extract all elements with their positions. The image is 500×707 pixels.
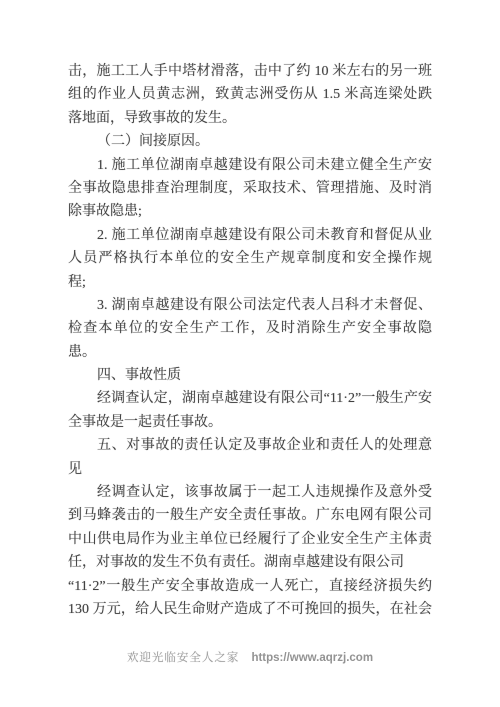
text-line: 全事故是一起责任事故。 — [68, 411, 432, 434]
document-page: 击，施工工人手中塔材滑落，击中了约 10 米左右的另一班组的作业人员黄志洲，致黄… — [0, 0, 500, 707]
text-line: 全事故隐患排查治理制度，采取技术、管理措施、及时消 — [68, 177, 432, 200]
document-body: 击，施工工人手中塔材滑落，击中了约 10 米左右的另一班组的作业人员黄志洲，致黄… — [68, 60, 432, 621]
footer-site-name: 欢迎光临安全人之家 — [127, 652, 240, 664]
text-line: 130 万元，给人民生命财产造成了不可挽回的损失，在社会 — [68, 598, 432, 621]
text-line: （二）间接原因。 — [68, 130, 432, 153]
text-line: 击，施工工人手中塔材滑落，击中了约 10 米左右的另一班 — [68, 60, 432, 83]
page-footer: 欢迎光临安全人之家https://www.aqrzj.com — [0, 650, 500, 666]
text-line: 到马蜂袭击的一般生产安全责任事故。广东电网有限公司 — [68, 504, 432, 527]
text-line: “11·2”一般生产安全事故造成一人死亡，直接经济损失约 — [68, 575, 432, 598]
text-line: 四、事故性质 — [68, 364, 432, 387]
text-line: 任，对事故的发生不负有责任。湖南卓越建设有限公司 — [68, 551, 432, 574]
text-line: 1. 施工单位湖南卓越建设有限公司未建立健全生产安 — [68, 154, 432, 177]
text-line: 3. 湖南卓越建设有限公司法定代表人吕科才未督促、 — [68, 294, 432, 317]
text-line: 见 — [68, 458, 432, 481]
text-line: 经调查认定，湖南卓越建设有限公司“11·2”一般生产安 — [68, 387, 432, 410]
text-line: 经调查认定，该事故属于一起工人违规操作及意外受 — [68, 481, 432, 504]
text-line: 检查本单位的安全生产工作，及时消除生产安全事故隐 — [68, 317, 432, 340]
text-line: 五、对事故的责任认定及事故企业和责任人的处理意 — [68, 434, 432, 457]
text-line: 中山供电局作为业主单位已经履行了企业安全生产主体责 — [68, 528, 432, 551]
text-line: 落地面，导致事故的发生。 — [68, 107, 432, 130]
footer-url: https://www.aqrzj.com — [251, 652, 373, 664]
text-line: 2. 施工单位湖南卓越建设有限公司未教育和督促从业 — [68, 224, 432, 247]
text-line: 除事故隐患; — [68, 200, 432, 223]
text-line: 患。 — [68, 341, 432, 364]
text-line: 组的作业人员黄志洲，致黄志洲受伤从 1.5 米高连梁处跌 — [68, 83, 432, 106]
text-line: 人员严格执行本单位的安全生产规章制度和安全操作规 — [68, 247, 432, 270]
text-line: 程; — [68, 271, 432, 294]
